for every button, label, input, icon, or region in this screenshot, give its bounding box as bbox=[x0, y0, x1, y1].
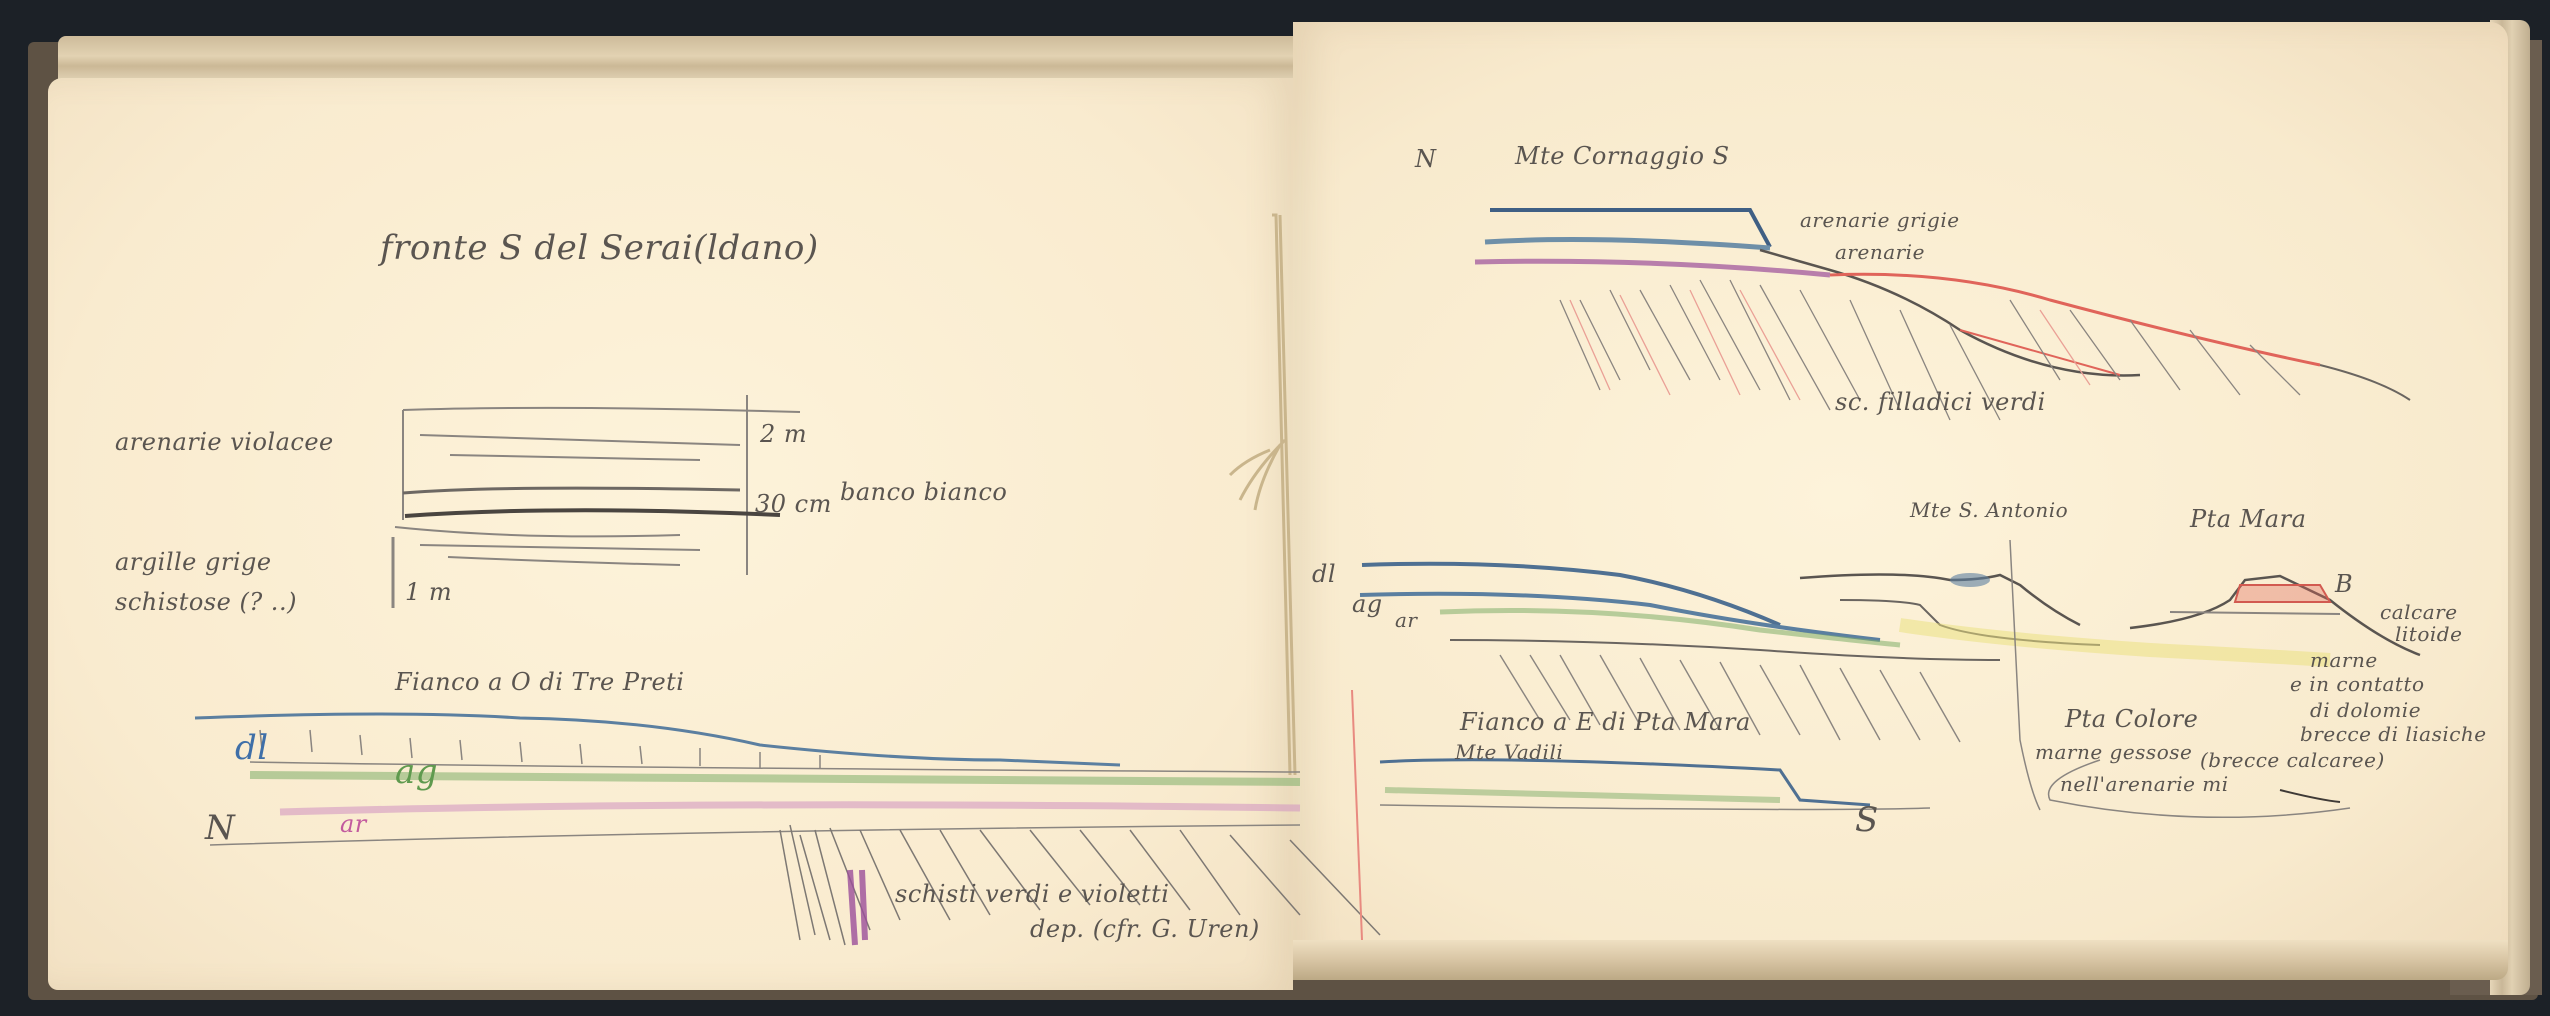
note-arenarie: nell'arenarie mi bbox=[2060, 772, 2229, 796]
label-calcare-1: calcare bbox=[2380, 600, 2458, 624]
left-page-title: fronte S del Serai(ldano) bbox=[380, 228, 819, 268]
label-arenarie-grigie: arenarie grigie bbox=[1800, 208, 1960, 232]
note-brecce: brecce di liasiche bbox=[2300, 722, 2487, 746]
layer-dl-right: dl bbox=[1312, 560, 1336, 588]
margin-line bbox=[1352, 690, 1362, 940]
left-profile-title: Fianco a O di Tre Preti bbox=[395, 668, 684, 696]
note-contatto: e in contatto bbox=[2290, 672, 2425, 696]
label-filladici: sc. filladici verdi bbox=[1835, 388, 2046, 416]
layer-ag-left: ag bbox=[395, 752, 438, 792]
sketch-drawings bbox=[0, 0, 2550, 1016]
layer-ag-right: ag bbox=[1352, 590, 1383, 618]
compass-n-left: N bbox=[205, 808, 235, 848]
left-profile-sketch bbox=[195, 714, 1380, 945]
label-arenarie-sub: arenarie bbox=[1835, 240, 1925, 264]
top-section-title: Mte Cornaggio S bbox=[1515, 142, 1730, 170]
note-schisti-2: dep. (cfr. G. Uren) bbox=[1030, 915, 1260, 943]
sub-title-fianco-e: Fianco a E di Pta Mara bbox=[1460, 708, 1751, 736]
thickness-middle: 30 cm bbox=[755, 490, 832, 518]
note-dolomie: di dolomie bbox=[2310, 698, 2421, 722]
note-marne: marne bbox=[2310, 648, 2378, 672]
layer-ar-right: ar bbox=[1395, 608, 1417, 632]
note-brecce-calcaree: (brecce calcaree) bbox=[2200, 748, 2385, 772]
label-argille-2: schistose (? ..) bbox=[115, 588, 297, 616]
sub-title-vadili: Mte Vadili bbox=[1455, 740, 1563, 764]
label-mte-antonio: Mte S. Antonio bbox=[1910, 498, 2068, 522]
note-marne-gessose: marne gessose bbox=[2035, 740, 2192, 764]
label-banco: banco bianco bbox=[840, 478, 1007, 506]
label-calcare-2: litoide bbox=[2395, 622, 2462, 646]
marker-b: B bbox=[2335, 570, 2353, 598]
layer-dl-left: dl bbox=[235, 728, 269, 768]
compass-n-top: N bbox=[1415, 145, 1437, 173]
label-pta-mara: Pta Mara bbox=[2190, 505, 2306, 533]
thickness-upper: 2 m bbox=[760, 420, 807, 448]
label-pta-colore: Pta Colore bbox=[2065, 705, 2198, 733]
column-section-sketch bbox=[393, 395, 800, 608]
label-argille-1: argille grige bbox=[115, 548, 272, 576]
label-arenarie: arenarie violacee bbox=[115, 428, 334, 456]
lower-section-sketch bbox=[1360, 540, 2420, 817]
binding-thread bbox=[1230, 215, 1295, 775]
layer-ar-left: ar bbox=[340, 810, 367, 838]
note-schisti-1: schisti verdi e violetti bbox=[895, 880, 1169, 908]
compass-s-right: S bbox=[1855, 800, 1879, 840]
thickness-lower: 1 m bbox=[405, 578, 452, 606]
